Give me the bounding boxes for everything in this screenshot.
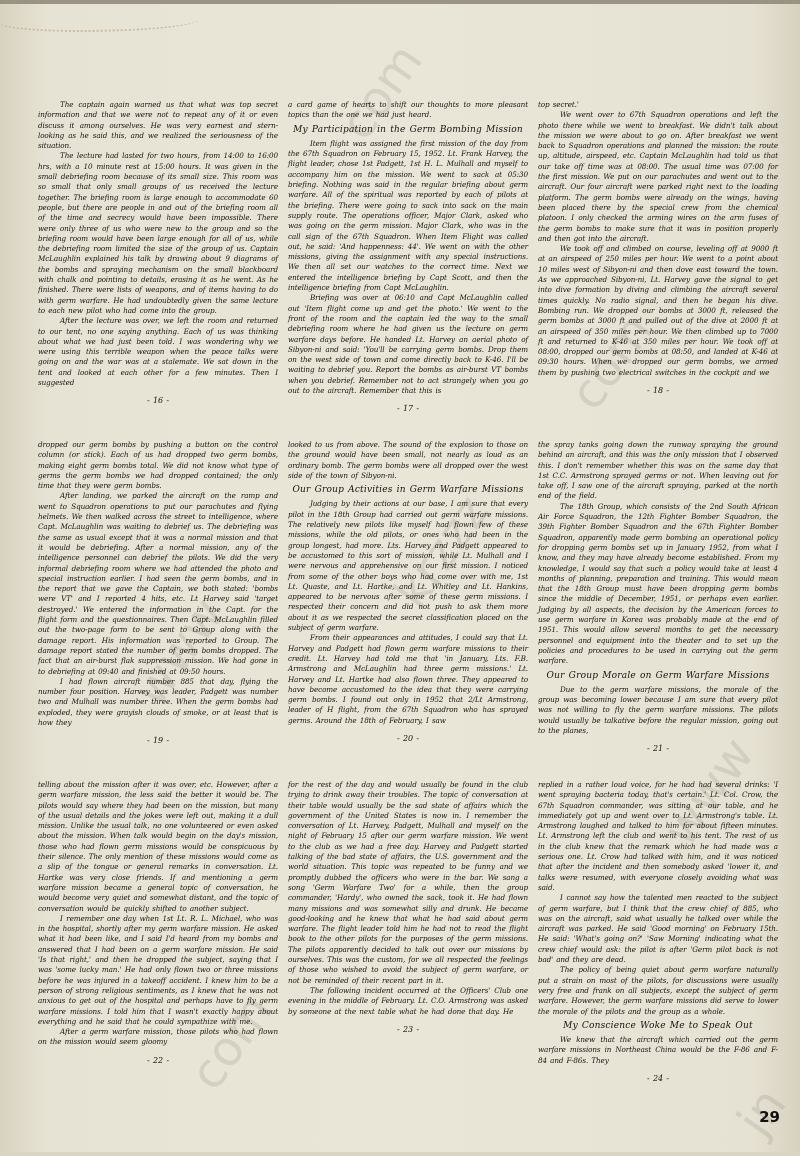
manuscript-page-24: replied in a rather loud voice, for he h… — [538, 780, 778, 1120]
paragraph: replied in a rather loud voice, for he h… — [538, 780, 778, 893]
paragraph: We took off and climbed on course, level… — [538, 244, 778, 378]
paragraph: We went over to 67th Squadron operations… — [538, 110, 778, 244]
manuscript-grid: The captain again warned us that what wa… — [38, 100, 778, 1100]
manuscript-page-number: - 21 - — [538, 744, 778, 754]
manuscript-page-18: top secret.' We went over to 67th Squadr… — [538, 100, 778, 400]
manuscript-page-number: - 19 - — [38, 736, 278, 746]
manuscript-page-number: - 18 - — [538, 386, 778, 396]
manuscript-page-23: for the rest of the day and would usuall… — [288, 780, 528, 1120]
manuscript-page-number: - 20 - — [288, 734, 528, 744]
section-heading: My Conscience Woke Me to Speak Out — [538, 1021, 778, 1031]
paragraph: The following incident occurred at the O… — [288, 986, 528, 1017]
section-heading: Our Group Activities in Germ Warfare Mis… — [288, 485, 528, 495]
paragraph: We knew that the aircraft which carried … — [538, 1035, 778, 1066]
paragraph: Due to the germ warfare missions, the mo… — [538, 685, 778, 736]
paragraph: I cannot say how the talented men reacte… — [538, 893, 778, 965]
manuscript-page-19: dropped our germ bombs by pushing a butt… — [38, 440, 278, 740]
paragraph: Judging by their actions at our base, I … — [288, 499, 528, 633]
manuscript-page-number: - 22 - — [38, 1056, 278, 1066]
manuscript-page-21: the spray tanks going down the runway sp… — [538, 440, 778, 740]
manuscript-page-number: - 16 - — [38, 396, 278, 406]
paragraph: After a germ warfare mission, those pilo… — [38, 1027, 278, 1048]
manuscript-page-number: - 17 - — [288, 404, 528, 414]
manuscript-page-22: telling about the mission after it was o… — [38, 780, 278, 1120]
manuscript-page-16: The captain again warned us that what wa… — [38, 100, 278, 400]
paragraph: Briefing was over at 06:10 and Capt McLa… — [288, 293, 528, 396]
paragraph: The captain again warned us that what wa… — [38, 100, 278, 151]
paragraph: From their appearances and attitudes, I … — [288, 633, 528, 726]
paragraph: The policy of being quiet about germ war… — [538, 965, 778, 1016]
paragraph: Item flight was assigned the first missi… — [288, 139, 528, 293]
paragraph: After the lecture was over, we left the … — [38, 316, 278, 388]
paragraph: dropped our germ bombs by pushing a butt… — [38, 440, 278, 491]
document-page: com com krzzz www www com jn The captain… — [0, 4, 800, 1152]
paragraph: The 18th Group, which consists of the 2n… — [538, 502, 778, 667]
manuscript-page-17: a card game of hearts to shift our thoug… — [288, 100, 528, 400]
paragraph: After landing, we parked the aircraft on… — [38, 491, 278, 676]
manuscript-page-number: - 24 - — [538, 1074, 778, 1084]
paragraph: looked to us from above. The sound of th… — [288, 440, 528, 481]
section-heading: Our Group Morale on Germ Warfare Mission… — [538, 671, 778, 681]
paragraph: I remember one day when 1st Lt. R. L. Mi… — [38, 914, 278, 1027]
section-heading: My Participation in the Germ Bombing Mis… — [288, 125, 528, 135]
paragraph: telling about the mission after it was o… — [38, 780, 278, 914]
paragraph: top secret.' — [538, 100, 778, 110]
manuscript-page-number: - 23 - — [288, 1025, 528, 1035]
paragraph: for the rest of the day and would usuall… — [288, 780, 528, 986]
paragraph: The lecture had lasted for two hours, fr… — [38, 151, 278, 316]
paper-stain — [0, 10, 200, 32]
paragraph: the spray tanks going down the runway sp… — [538, 440, 778, 502]
printed-page-number: 29 — [759, 1108, 780, 1126]
paragraph: a card game of hearts to shift our thoug… — [288, 100, 528, 121]
manuscript-page-20: looked to us from above. The sound of th… — [288, 440, 528, 740]
paragraph: I had flown aircraft number 885 that day… — [38, 677, 278, 728]
